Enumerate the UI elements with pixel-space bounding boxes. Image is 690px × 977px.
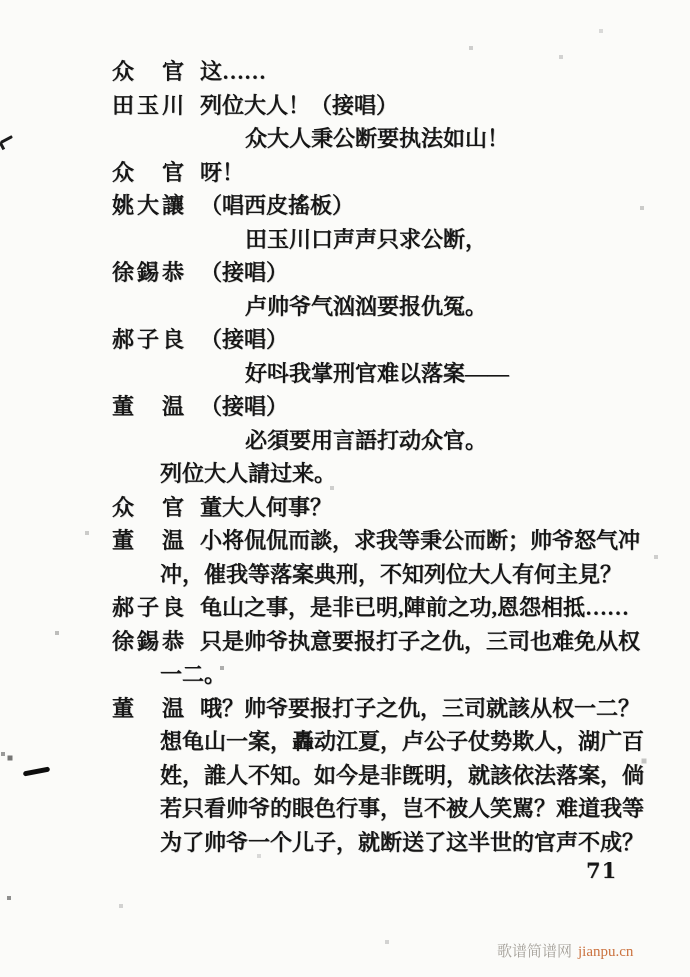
speaker-name: 董温 (112, 394, 184, 420)
script-line: 董温哦？帅爷要报打子之仇，三司就該从权一二？ (0, 694, 690, 728)
speaker-name: 姚大讓 (112, 193, 184, 219)
line-text: 这…… (200, 59, 266, 85)
script-line: 冲，催我等落案典刑，不知列位大人有何主見？ (0, 560, 690, 594)
line-text: 必須要用言語打动众官。 (245, 428, 487, 454)
line-text: 众大人秉公断要执法如山！ (245, 126, 509, 152)
script-lines: 众官这……田玉川列位大人！（接唱）众大人秉公断要执法如山！众官呀！姚大讓（唱西皮… (0, 57, 690, 861)
script-line: 列位大人請过来。 (0, 459, 690, 493)
script-line: 徐錫恭只是帅爷执意要报打子之仇，三司也难免从权 (0, 627, 690, 661)
line-text: 若只看帅爷的眼色行事，岂不被人笑駡？难道我等 (160, 796, 644, 822)
speaker-name: 郝子良 (112, 595, 184, 621)
speaker-name: 众官 (112, 495, 184, 521)
script-line: 为了帅爷一个儿子，就断送了这半世的官声不成？ (0, 828, 690, 862)
speaker-name: 董温 (112, 696, 184, 722)
watermark-site-name: 歌谱简谱网 (497, 944, 572, 960)
speaker-name: 董温 (112, 528, 184, 554)
line-text: 列位大人請过来。 (160, 461, 336, 487)
speaker-name: 田玉川 (112, 93, 184, 119)
script-line: 一二。 (0, 660, 690, 694)
line-text: 龟山之事，是非已明,陣前之功,恩怨相抵…… (200, 595, 629, 621)
script-line: 郝子良龟山之事，是非已明,陣前之功,恩怨相抵…… (0, 593, 690, 627)
line-text: 冲，催我等落案典刑，不知列位大人有何主見？ (160, 562, 622, 588)
line-text: 好呌我掌刑官难以落案—— (245, 361, 509, 387)
script-line: 若只看帅爷的眼色行事，岂不被人笑駡？难道我等 (0, 794, 690, 828)
line-text: 想龟山一案，轟动江夏，卢公子仗势欺人，湖广百 (160, 729, 644, 755)
speaker-name: 郝子良 (112, 327, 184, 353)
line-text: 董大人何事？ (200, 495, 332, 521)
line-text: 为了帅爷一个儿子，就断送了这半世的官声不成？ (160, 830, 644, 856)
line-text: 卢帅爷气汹汹要报仇冤。 (245, 294, 487, 320)
line-text: （接唱） (200, 260, 288, 286)
line-text: 只是帅爷执意要报打子之仇，三司也难免从权 (200, 629, 640, 655)
line-text: （接唱） (200, 394, 288, 420)
script-line: 好呌我掌刑官难以落案—— (0, 359, 690, 393)
line-text: 姓，誰人不知。如今是非旣明，就該依法落案，倘 (160, 763, 644, 789)
script-line: 董温（接唱） (0, 392, 690, 426)
watermark-site-url: jianpu.cn (578, 944, 633, 960)
line-text: 呀！ (200, 160, 244, 186)
script-line: 必須要用言語打动众官。 (0, 426, 690, 460)
line-text: 一二。 (160, 662, 226, 688)
speaker-name: 众官 (112, 59, 184, 85)
script-line: 田玉川列位大人！（接唱） (0, 91, 690, 125)
line-text: 田玉川口声声只求公断， (245, 227, 487, 253)
script-line: 众大人秉公断要执法如山！ (0, 124, 690, 158)
speaker-name: 徐錫恭 (112, 260, 184, 286)
line-text: （接唱） (200, 327, 288, 353)
line-text: 列位大人！（接唱） (200, 93, 398, 119)
line-text: （唱西皮搖板） (200, 193, 354, 219)
script-line: 想龟山一案，轟动江夏，卢公子仗势欺人，湖广百 (0, 727, 690, 761)
script-line: 郝子良（接唱） (0, 325, 690, 359)
script-line: 卢帅爷气汹汹要报仇冤。 (0, 292, 690, 326)
script-line: 众官这…… (0, 57, 690, 91)
script-line: 田玉川口声声只求公断， (0, 225, 690, 259)
watermark: 歌谱简谱网jianpu.cn (497, 940, 633, 961)
script-line: 姓，誰人不知。如今是非旣明，就該依法落案，倘 (0, 761, 690, 795)
script-line: 姚大讓（唱西皮搖板） (0, 191, 690, 225)
script-line: 徐錫恭（接唱） (0, 258, 690, 292)
scanned-script-page: 众官这……田玉川列位大人！（接唱）众大人秉公断要执法如山！众官呀！姚大讓（唱西皮… (0, 0, 690, 977)
script-line: 董温小将侃侃而談，求我等秉公而断；帅爷怒气冲 (0, 526, 690, 560)
line-text: 哦？帅爷要报打子之仇，三司就該从权一二？ (200, 696, 640, 722)
page-number: 71 (586, 858, 617, 883)
scan-noise-speckles (0, 0, 2, 2)
line-text: 小将侃侃而談，求我等秉公而断；帅爷怒气冲 (200, 528, 640, 554)
speaker-name: 徐錫恭 (112, 629, 184, 655)
script-line: 众官呀！ (0, 158, 690, 192)
speaker-name: 众官 (112, 160, 184, 186)
script-line: 众官董大人何事？ (0, 493, 690, 527)
